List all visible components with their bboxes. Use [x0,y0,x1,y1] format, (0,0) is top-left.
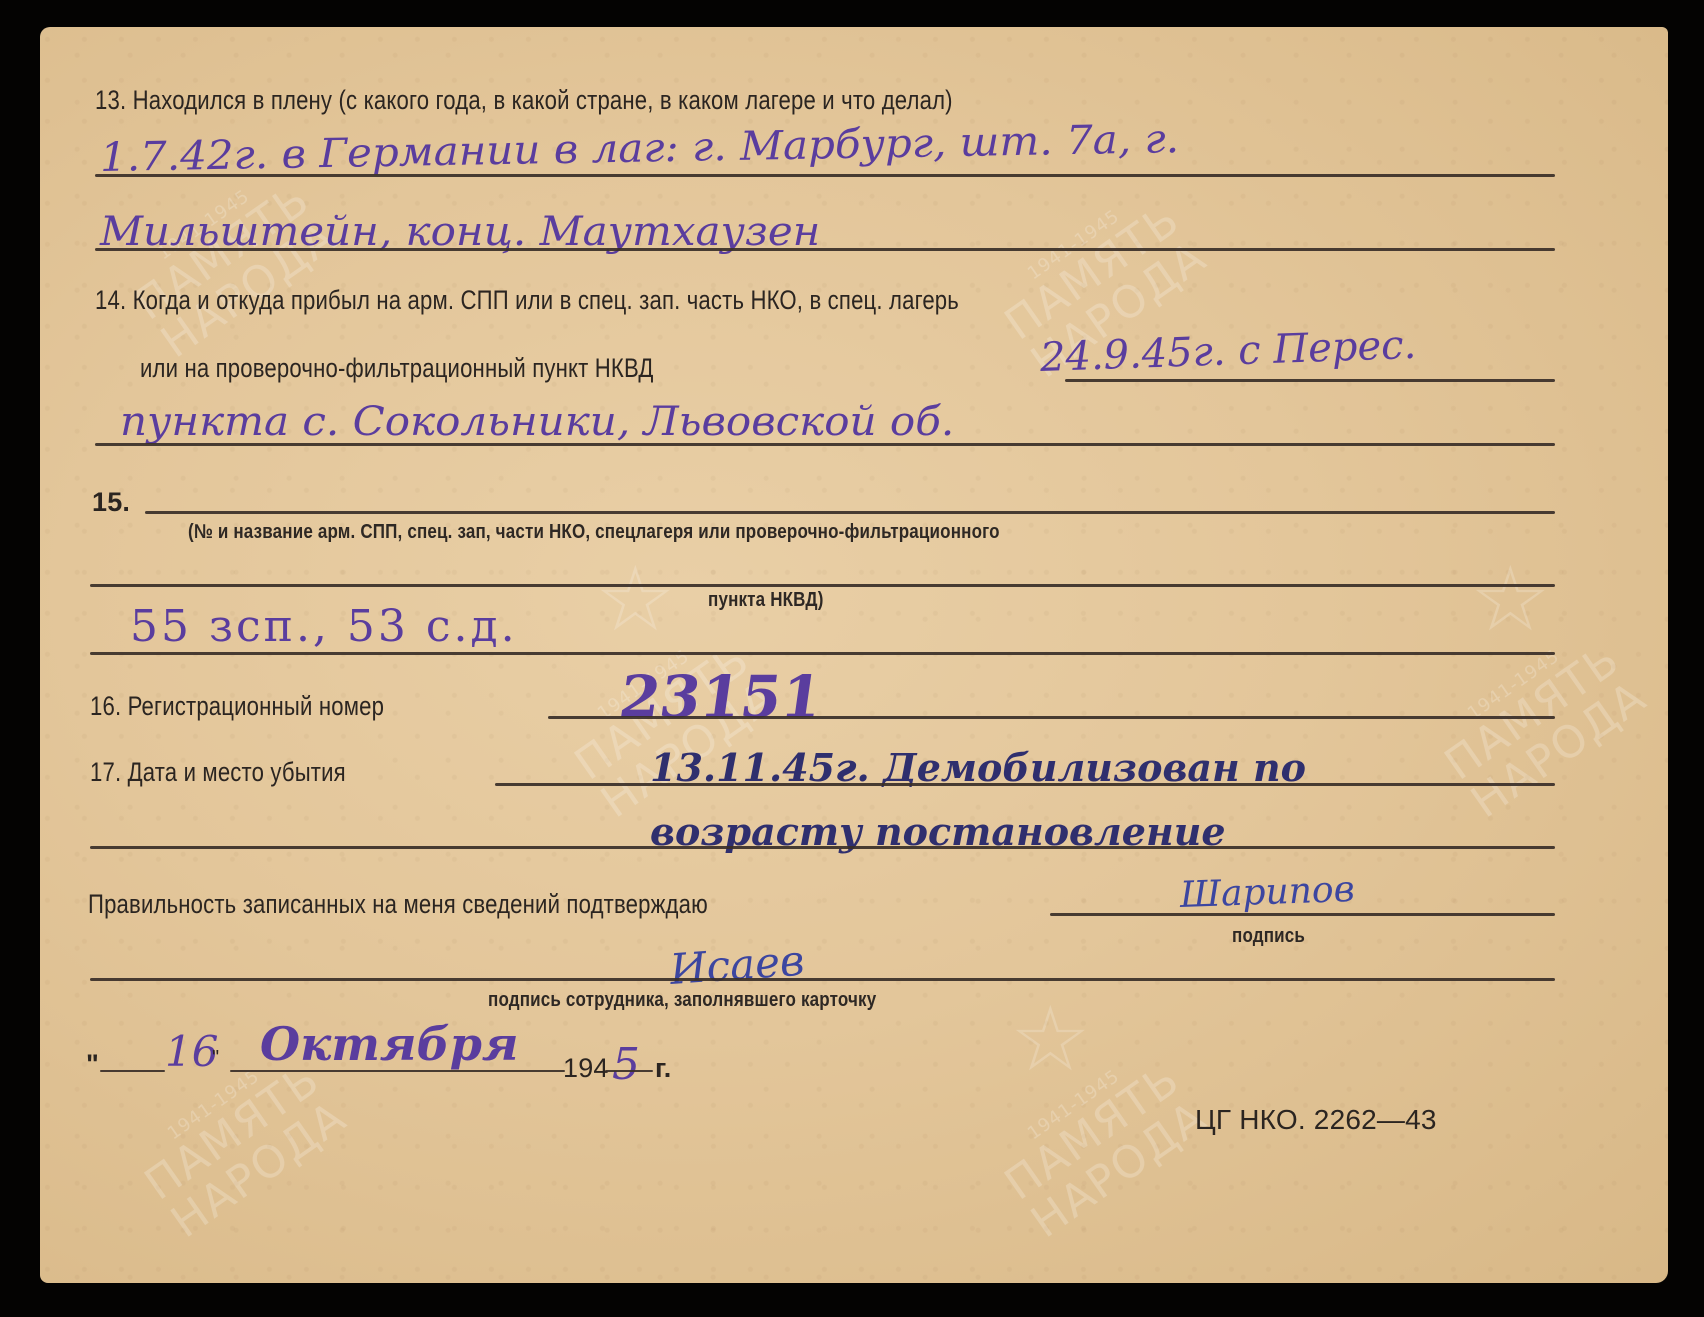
employee-signature: Исаев [668,936,806,994]
rule [1050,913,1555,916]
item13-handwritten-1: 1.7.42г. в Германии в лаг: г. Марбург, ш… [100,116,1180,181]
date-year-unit: г. [655,1053,671,1084]
item16-label: 16. Регистрационный номер [90,691,384,722]
item14-handwritten-2: пункта с. Сокольники, Львовской об. [120,399,954,445]
person-signature: Шарипов [1179,869,1355,916]
item14-label-line2: или на проверочно-фильтрационный пункт Н… [140,353,654,384]
date-year-suffix: 5 [612,1039,640,1090]
registration-number: 23151 [615,663,826,731]
rule [145,511,1555,514]
print-code: ЦГ НКО. 2262—43 [1195,1104,1437,1136]
item14-label: 14. Когда и откуда прибыл на арм. СПП ил… [95,285,959,316]
registration-card: 1941-1945 ПАМЯТЬ НАРОДА 1941-1945 ПАМЯТЬ… [40,27,1668,1283]
watermark: 1941-1945 ПАМЯТЬ НАРОДА [1426,620,1655,827]
rule [1065,379,1555,382]
confirmation-label: Правильность записанных на меня сведений… [88,889,708,920]
rule [90,846,1555,849]
rule [495,783,1555,786]
item14-handwritten-1: 24.9.45г. с Перес. [1039,322,1417,381]
rule [95,248,1555,251]
item15-caption: (№ и название арм. СПП, спец. зап, части… [188,521,1000,544]
signature-caption: подпись [1232,925,1305,948]
star-icon: ☆ [595,547,676,652]
date-year-prefix: 194 [563,1053,609,1084]
rule [605,1070,653,1072]
rule [548,716,1555,719]
rule [90,584,1555,587]
rule [100,1070,165,1072]
date-open-quote: " [86,1049,99,1080]
item15-number: 15. [92,487,130,518]
item15-caption-2: пункта НКВД) [708,589,824,612]
rule [90,652,1555,655]
item17-label: 17. Дата и место убытия [90,757,346,788]
rule [95,174,1555,177]
date-close-quote: " [212,1047,219,1070]
watermark: 1941-1945 ПАМЯТЬ НАРОДА [986,1040,1215,1247]
rule [95,443,1555,446]
item13-label: 13. Находился в плену (с какого года, в … [95,85,953,116]
star-icon: ☆ [1470,547,1551,652]
item15-handwritten: 55 зсп., 53 с.д. [130,601,518,652]
date-month: Октября [260,1017,518,1071]
star-icon: ☆ [1010,987,1091,1092]
rule [90,978,1555,981]
watermark: 1941-1945 ПАМЯТЬ НАРОДА [116,160,345,367]
employee-signature-caption: подпись сотрудника, заполнявшего карточк… [488,989,876,1012]
date-day: 16 [165,1027,218,1076]
